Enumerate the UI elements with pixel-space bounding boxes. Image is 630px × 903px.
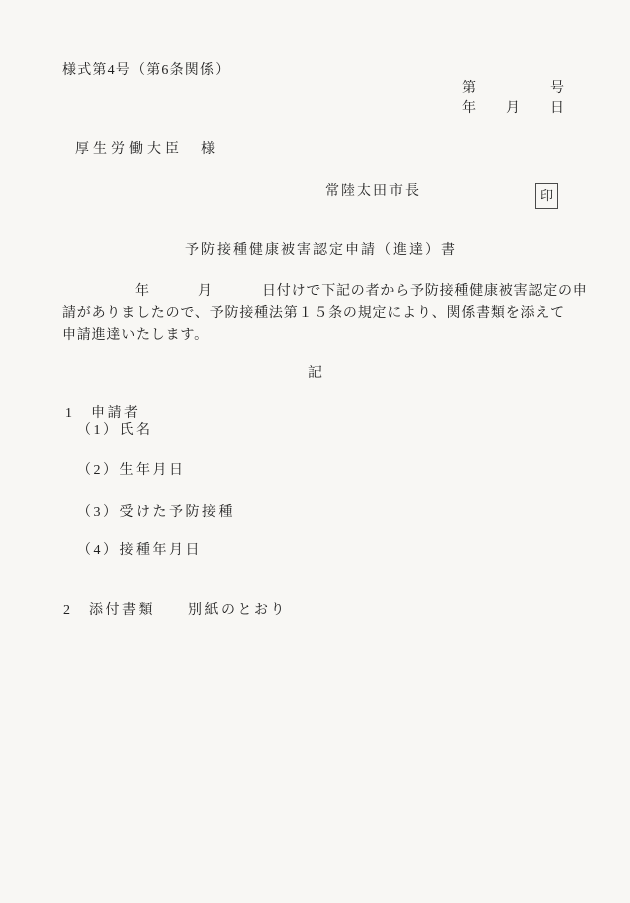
list-heading: 記	[308, 366, 322, 383]
doc-number-line: 第 号	[462, 81, 564, 98]
date-line: 年 月 日	[462, 101, 564, 118]
doc-number-suffix: 号	[550, 81, 564, 98]
sender-line: 常陸太田市長	[325, 184, 421, 201]
date-day-label: 日	[550, 101, 564, 118]
body-month-label: 月	[198, 284, 213, 301]
doc-number-prefix: 第	[462, 81, 476, 98]
body-paragraph-line1: 日付けで下記の者から予防接種健康被害認定の申	[262, 284, 588, 301]
item-attachments: 2 添付書類 別紙のとおり	[63, 603, 287, 620]
document-title: 予防接種健康被害認定申請（進達）書	[185, 243, 457, 260]
seal-label: 印	[540, 188, 553, 204]
subitem-name: （1）氏名	[77, 423, 153, 440]
date-year-label: 年	[462, 101, 476, 118]
document-page: 様式第4号（第6条関係） 第 号 年 月 日 厚生労働大臣 様 常陸太田市長 印…	[0, 0, 630, 903]
body-paragraph-line2: 請がありましたので、予防接種法第１５条の規定により、関係書類を添えて	[62, 306, 565, 323]
recipient-line: 厚生労働大臣 様	[75, 142, 219, 159]
subitem-birthdate: （2）生年月日	[77, 463, 186, 480]
item-applicant: 1 申請者	[65, 406, 141, 423]
body-year-label: 年	[135, 284, 150, 301]
date-month-label: 月	[506, 101, 520, 118]
subitem-vaccination-received: （3）受けた予防接種	[77, 505, 235, 522]
subitem-vaccination-date: （4）接種年月日	[77, 543, 202, 560]
form-number: 様式第4号（第6条関係）	[62, 63, 230, 80]
body-paragraph-line3: 申請進達いたします。	[62, 328, 209, 345]
seal-box: 印	[535, 183, 558, 209]
